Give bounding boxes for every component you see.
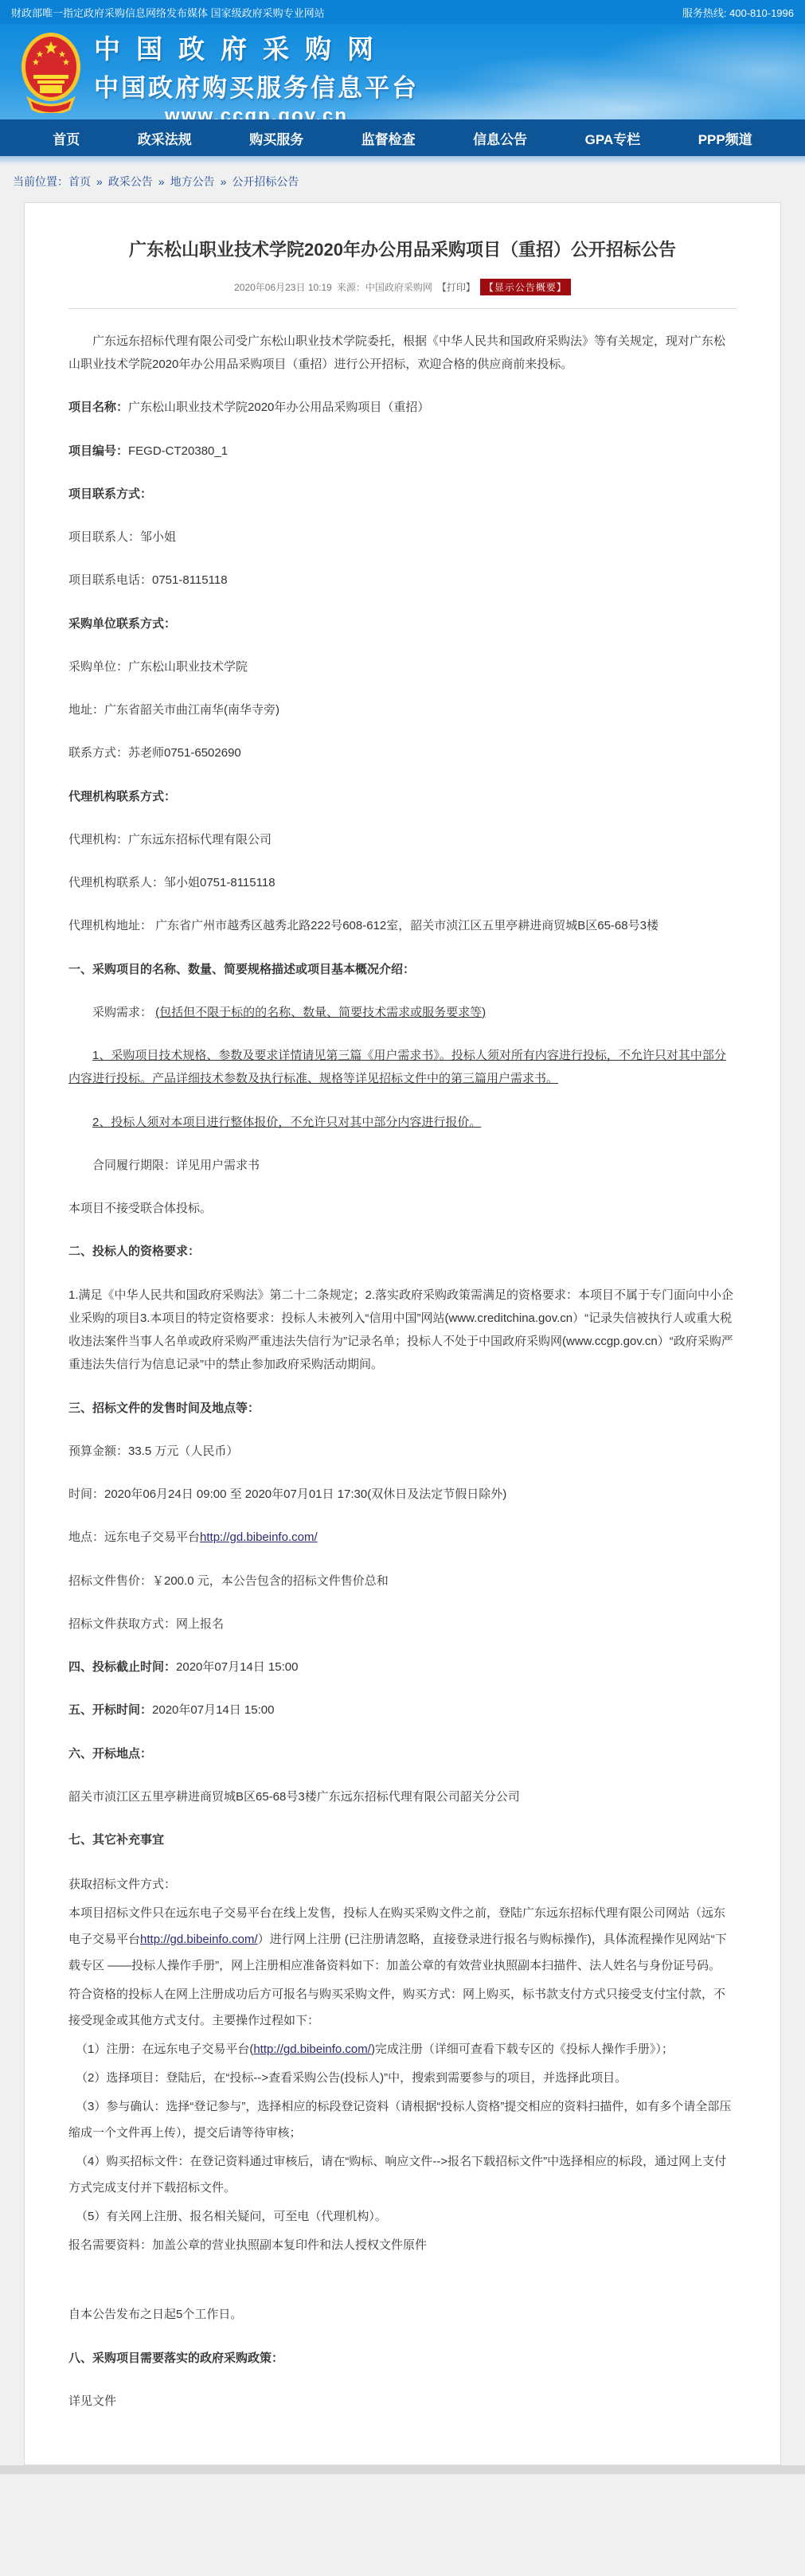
paragraph-14: 代理机构地址： 广东省广州市越秀区越秀北路222号608-612室，韶关市浈江区… — [68, 914, 737, 937]
paragraph-33: 七、其它补充事宜 — [68, 1828, 737, 1851]
paragraph-11: 代理机构联系方式： — [68, 785, 737, 808]
paragraph-44: 八、采购项目需要落实的政府采购政策： — [68, 2347, 737, 2370]
paragraph-40: （4）购买招标文件：在登记资料通过审核后，请在“购标、响应文件-->报名下载招标… — [68, 2148, 737, 2201]
paragraph-17: 1、采购项目技术规格、参数及要求详情请见第三篇《用户需求书》。投标人须对所有内容… — [68, 1044, 737, 1091]
paragraph-45: 详见文件 — [68, 2390, 737, 2413]
text-segment: 详见文件 — [68, 2394, 116, 2408]
paragraph-2: 项目名称：广东松山职业技术学院2020年办公用品采购项目（重招） — [68, 396, 737, 419]
publish-datetime: 2020年06月23日 10:19 — [234, 280, 332, 294]
text-segment: 二、投标人的资格要求： — [68, 1245, 200, 1258]
paragraph-16: 采购需求： (包括但不限于标的的名称、数量、简要技术需求或服务要求等) — [68, 1001, 737, 1024]
text-segment: 项目编号： — [68, 444, 128, 458]
text-segment: 2020年07月14日 15:00 — [152, 1703, 274, 1717]
text-segment: 采购单位：广东松山职业技术学院 — [68, 660, 248, 674]
text-segment: 代理机构：广东远东招标代理有限公司 — [68, 833, 272, 846]
paragraph-13: 代理机构联系人：邹小姐0751-8115118 — [68, 871, 737, 894]
paragraph-21: 二、投标人的资格要求： — [68, 1240, 737, 1263]
paragraph-36: 符合资格的投标人在网上注册成功后方可报名与购买采购文件，购买方式：网上购买，标书… — [68, 1981, 737, 2034]
paragraph-37: （1）注册：在远东电子交易平台(http://gd.bibeinfo.com/)… — [68, 2036, 737, 2062]
paragraph-15: 一、采购项目的名称、数量、简要规格描述或项目基本概况介绍： — [68, 958, 737, 981]
breadcrumb-link-4[interactable]: 公开招标公告 — [232, 175, 299, 188]
print-button[interactable]: 【打印】 — [437, 280, 475, 294]
nav-item-4[interactable]: 监督检查 — [361, 128, 416, 148]
site-subtitle: 中国政府购买服务信息平台 — [94, 68, 419, 104]
text-segment: (包括但不限于标的的名称、数量、简要技术需求或服务要求等) — [155, 1006, 486, 1019]
site-banner: 中国政府采购网 中国政府购买服务信息平台 www.ccgp.gov.cn — [0, 24, 805, 119]
top-service-bar: 财政部唯一指定政府采购信息网络发布媒体 国家级政府采购专业网站 服务热线: 40… — [0, 0, 805, 24]
paragraph-29: 四、投标截止时间：2020年07月14日 15:00 — [68, 1655, 737, 1679]
nav-item-7[interactable]: PPP频道 — [698, 128, 752, 148]
text-segment: 自本公告发布之日起5个工作日。 — [68, 2308, 242, 2321]
paragraph-26: 地点：远东电子交易平台http://gd.bibeinfo.com/ — [68, 1526, 737, 1549]
text-segment: 三、招标文件的发售时间及地点等： — [68, 1401, 260, 1415]
text-segment: FEGD-CT20380_1 — [128, 444, 228, 458]
text-segment: （1）注册：在远东电子交易平台( — [76, 2042, 253, 2056]
text-segment: 代理机构地址： 广东省广州市越秀区越秀北路222号608-612室，韶关市浈江区… — [68, 919, 658, 932]
text-segment: 采购单位联系方式： — [68, 617, 176, 631]
breadcrumb-link-2[interactable]: 政采公告 — [108, 175, 153, 188]
paragraph-6: 项目联系电话：0751-8115118 — [68, 569, 737, 592]
text-segment: 广东松山职业技术学院2020年办公用品采购项目（重招） — [128, 401, 429, 414]
text-segment: 项目联系人：邹小姐 — [68, 530, 176, 544]
paragraph-32: 韶关市浈江区五里亭耕进商贸城B区65-68号3楼广东远东招标代理有限公司韶关分公… — [68, 1785, 737, 1808]
nav-item-6[interactable]: GPA专栏 — [585, 128, 641, 148]
paragraph-25: 时间：2020年06月24日 09:00 至 2020年07月01日 17:30… — [68, 1483, 737, 1506]
paragraph-7: 采购单位联系方式： — [68, 612, 737, 635]
text-segment: 项目名称： — [68, 401, 128, 414]
paragraph-19: 合同履行期限：详见用户需求书 — [68, 1154, 737, 1177]
text-segment: 获取招标文件方式： — [68, 1878, 176, 1891]
text-segment: 六、开标地点： — [68, 1747, 152, 1761]
article-meta: 2020年06月23日 10:19 来源：中国政府采购网 【打印】 【显示公告概… — [68, 279, 737, 295]
site-name: 中国政府采购网 — [94, 29, 419, 66]
text-segment: （5）有关网上注册、报名相关疑问，可至电（代理机构）。 — [76, 2210, 387, 2223]
paragraph-8: 采购单位：广东松山职业技术学院 — [68, 655, 737, 678]
site-url: www.ccgp.gov.cn — [94, 105, 419, 119]
nav-item-5[interactable]: 信息公告 — [473, 128, 527, 148]
page-title: 广东松山职业技术学院2020年办公用品采购项目（重招）公开招标公告 — [68, 238, 737, 263]
text-segment: 2020年07月14日 15:00 — [176, 1660, 298, 1674]
text-segment: 2、投标人须对本项目进行整体报价，不允许只对其中部分内容进行报价。 — [92, 1116, 481, 1129]
text-segment: 时间：2020年06月24日 09:00 至 2020年07月01日 17:30… — [68, 1487, 506, 1501]
paragraph-23: 三、招标文件的发售时间及地点等： — [68, 1397, 737, 1420]
text-segment: 合同履行期限：详见用户需求书 — [92, 1159, 260, 1172]
breadcrumb-label: 当前位置： — [13, 175, 68, 188]
paragraph-4: 项目联系方式： — [68, 483, 737, 506]
announcement-box: 广东松山职业技术学院2020年办公用品采购项目（重招）公开招标公告 2020年0… — [24, 202, 781, 2465]
text-segment: 四、投标截止时间： — [68, 1660, 176, 1674]
text-segment: 代理机构联系方式： — [68, 790, 176, 803]
paragraph-31: 六、开标地点： — [68, 1742, 737, 1765]
text-segment: 招标文件获取方式：网上报名 — [68, 1617, 224, 1631]
breadcrumb: 当前位置：首页»政采公告»地方公告»公开招标公告 — [0, 167, 805, 197]
text-segment: 1、采购项目技术规格、参数及要求详情请见第三篇《用户需求书》。投标人须对所有内容… — [68, 1049, 726, 1085]
text-segment: 采购需求： — [92, 1006, 155, 1019]
text-segment: （3）参与确认：选择“登记参与”，选择相应的标段登记资料（请根据“投标人资格”提… — [68, 2100, 731, 2140]
text-segment: 代理机构联系人：邹小姐0751-8115118 — [68, 876, 275, 889]
paragraph-18: 2、投标人须对本项目进行整体报价，不允许只对其中部分内容进行报价。 — [68, 1111, 737, 1134]
text-segment: 项目联系方式： — [68, 487, 152, 501]
text-segment: 1.满足《中华人民共和国政府采购法》第二十二条规定；2.落实政府采购政策需满足的… — [68, 1288, 733, 1372]
text-segment: 五、开标时间： — [68, 1703, 152, 1717]
breadcrumb-separator: » — [96, 175, 103, 188]
nav-fade-divider — [0, 156, 805, 167]
paragraph-28: 招标文件获取方式：网上报名 — [68, 1612, 737, 1636]
show-summary-button[interactable]: 【显示公告概要】 — [480, 279, 571, 295]
site-slogan: 财政部唯一指定政府采购信息网络发布媒体 国家级政府采购专业网站 — [11, 5, 325, 20]
national-emblem-icon — [19, 30, 83, 113]
text-segment: 地址：广东省韶关市曲江南华(南华寺旁) — [68, 703, 279, 717]
text-segment: 一、采购项目的名称、数量、简要规格描述或项目基本概况介绍： — [68, 963, 415, 976]
text-segment: 招标文件售价：￥200.0 元，本公告包含的招标文件售价总和 — [68, 1574, 389, 1588]
nav-item-3[interactable]: 购买服务 — [249, 128, 303, 148]
article-source: 来源：中国政府采购网 — [337, 280, 432, 294]
paragraph-27: 招标文件售价：￥200.0 元，本公告包含的招标文件售价总和 — [68, 1569, 737, 1593]
paragraph-1: 广东远东招标代理有限公司受广东松山职业技术学院委托，根据《中华人民共和国政府采购… — [68, 330, 737, 377]
paragraph-43: 自本公告发布之日起5个工作日。 — [68, 2303, 737, 2326]
text-segment: 联系方式：苏老师0751-6502690 — [68, 746, 241, 760]
text-segment: 地点：远东电子交易平台 — [68, 1530, 200, 1544]
breadcrumb-separator: » — [221, 175, 227, 188]
paragraph-10: 联系方式：苏老师0751-6502690 — [68, 741, 737, 764]
inline-link[interactable]: http://gd.bibeinfo.com/ — [200, 1530, 318, 1544]
text-segment: )完成注册（详细可查看下载专区的《投标人操作手册》）； — [371, 2042, 674, 2056]
nav-item-1[interactable]: 首页 — [53, 128, 80, 148]
paragraph-42: 报名需要资料：加盖公章的营业执照副本复印件和法人授权文件原件 — [68, 2232, 737, 2258]
breadcrumb-items: 首页»政采公告»地方公告»公开招标公告 — [68, 175, 299, 188]
inline-link[interactable]: http://gd.bibeinfo.com/ — [253, 2042, 371, 2056]
paragraph-12: 代理机构：广东远东招标代理有限公司 — [68, 828, 737, 851]
text-segment: （2）选择项目：登陆后，在“投标-->查看采购公告(投标人)”中，搜索到需要参与… — [76, 2071, 627, 2085]
breadcrumb-separator: » — [158, 175, 165, 188]
text-segment: 报名需要资料：加盖公章的营业执照副本复印件和法人授权文件原件 — [68, 2238, 427, 2252]
paragraph-20: 本项目不接受联合体投标。 — [68, 1197, 737, 1220]
paragraph-9: 地址：广东省韶关市曲江南华(南华寺旁) — [68, 698, 737, 721]
text-segment: 符合资格的投标人在网上注册成功后方可报名与购买采购文件，购买方式：网上购买，标书… — [68, 1988, 725, 2027]
breadcrumb-link-1[interactable]: 首页 — [68, 175, 91, 188]
paragraph-24: 预算金额：33.5 万元（人民币） — [68, 1440, 737, 1463]
main-nav: 首页政采法规购买服务监督检查信息公告GPA专栏PPP频道 — [0, 119, 805, 156]
service-hotline: 服务热线: 400-810-1996 — [682, 5, 794, 20]
paragraph-34: 获取招标文件方式： — [68, 1871, 737, 1898]
paragraph-30: 五、开标时间：2020年07月14日 15:00 — [68, 1698, 737, 1722]
paragraph-22: 1.满足《中华人民共和国政府采购法》第二十二条规定；2.落实政府采购政策需满足的… — [68, 1284, 737, 1377]
paragraph-41: （5）有关网上注册、报名相关疑问，可至电（代理机构）。 — [68, 2203, 737, 2230]
paragraph-39: （3）参与确认：选择“登记参与”，选择相应的标段登记资料（请根据“投标人资格”提… — [68, 2093, 737, 2146]
text-segment: （4）购买招标文件：在登记资料通过审核后，请在“购标、响应文件-->报名下载招标… — [68, 2155, 726, 2195]
paragraph-5: 项目联系人：邹小姐 — [68, 526, 737, 549]
breadcrumb-link-3[interactable]: 地方公告 — [170, 175, 215, 188]
text-segment: 广东远东招标代理有限公司受广东松山职业技术学院委托，根据《中华人民共和国政府采购… — [68, 334, 725, 371]
text-segment: 本项目不接受联合体投标。 — [68, 1202, 212, 1215]
footer-strip — [0, 2465, 805, 2474]
inline-link[interactable]: http://gd.bibeinfo.com/ — [140, 1933, 258, 1946]
text-segment: 八、采购项目需要落实的政府采购政策： — [68, 2351, 283, 2365]
paragraph-38: （2）选择项目：登陆后，在“投标-->查看采购公告(投标人)”中，搜索到需要参与… — [68, 2065, 737, 2091]
paragraph-35: 本项目招标文件只在远东电子交易平台在线上发售，投标人在购买采购文件之前，登陆广东… — [68, 1900, 737, 1979]
text-segment: 七、其它补充事宜 — [68, 1833, 164, 1847]
site-logo[interactable]: 中国政府采购网 中国政府购买服务信息平台 www.ccgp.gov.cn — [94, 29, 419, 119]
article-body: 广东远东招标代理有限公司受广东松山职业技术学院委托，根据《中华人民共和国政府采购… — [68, 309, 737, 2413]
paragraph-3: 项目编号：FEGD-CT20380_1 — [68, 440, 737, 463]
text-segment: 项目联系电话：0751-8115118 — [68, 573, 228, 587]
text-segment: 韶关市浈江区五里亭耕进商贸城B区65-68号3楼广东远东招标代理有限公司韶关分公… — [68, 1790, 520, 1804]
nav-item-2[interactable]: 政采法规 — [138, 128, 192, 148]
text-segment: 预算金额：33.5 万元（人民币） — [68, 1444, 238, 1458]
